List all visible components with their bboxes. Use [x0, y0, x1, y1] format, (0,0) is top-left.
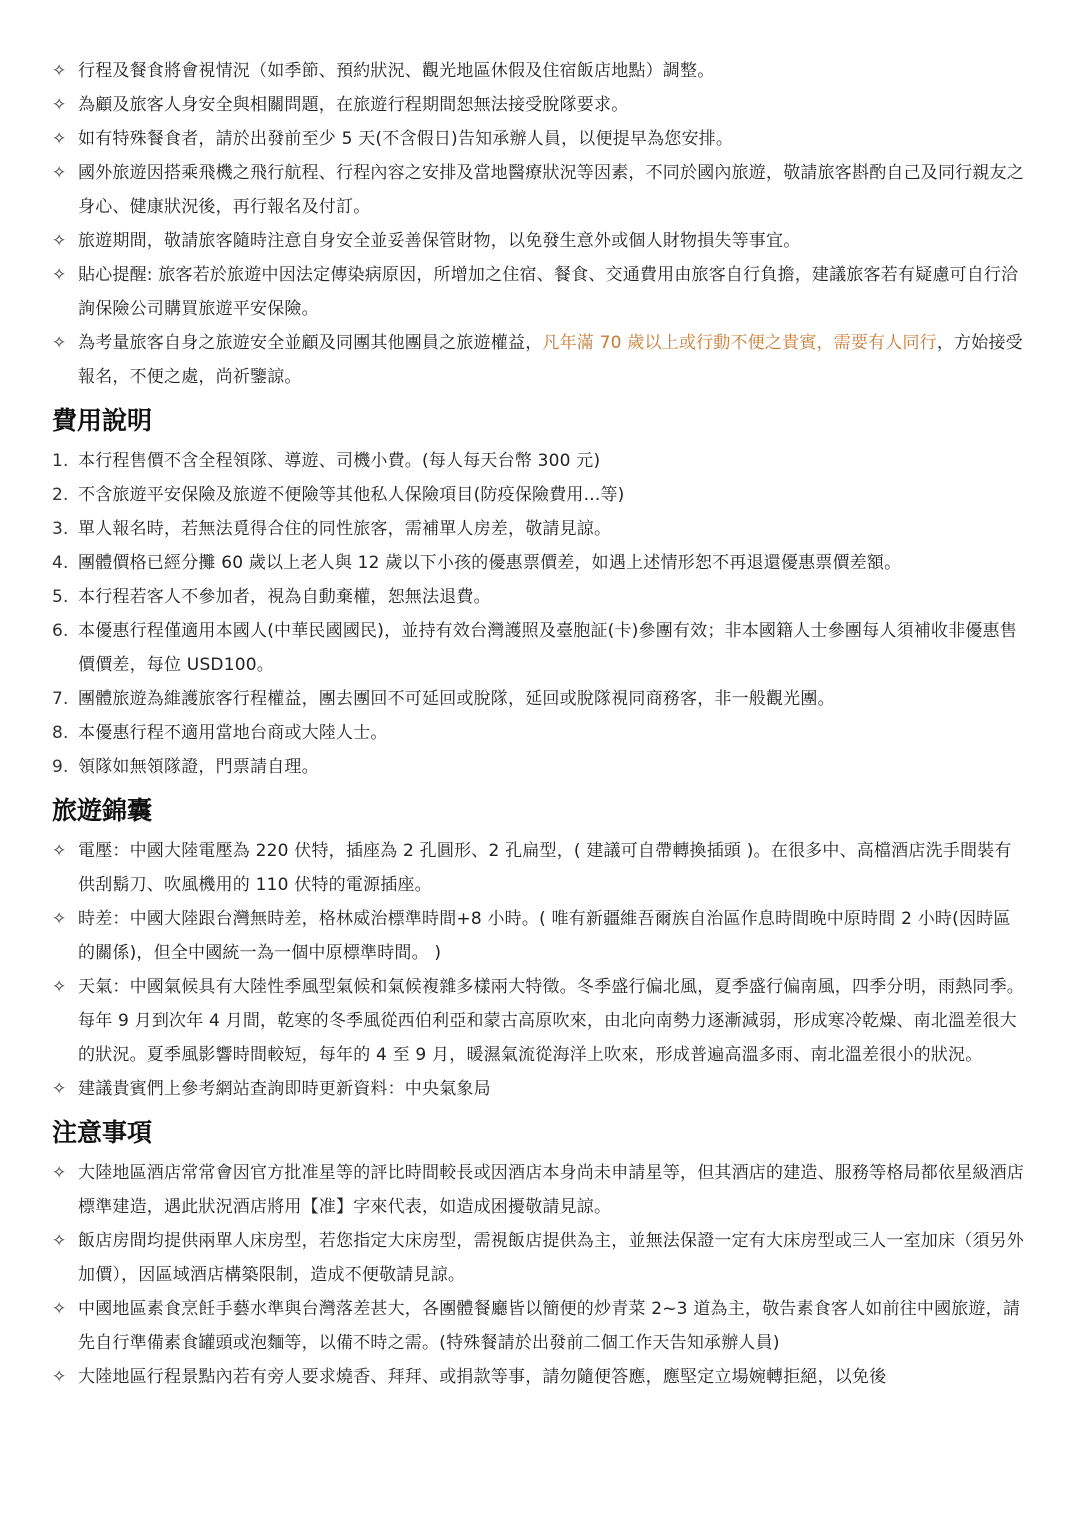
diamond-bullet-icon: ✧: [52, 88, 74, 122]
list-item: ✧如有特殊餐食者，請於出發前至少 5 天(不含假日)告知承辦人員，以便提早為您安…: [52, 122, 1026, 156]
item-number: 2.: [52, 478, 78, 512]
list-item: ✧大陸地區酒店常常會因官方批准星等的評比時間較長或因酒店本身尚未申請星等，但其酒…: [52, 1156, 1026, 1224]
list-item: ✧中國地區素食烹飪手藝水準與台灣落差甚大，各團體餐廳皆以簡便的炒青菜 2~3 道…: [52, 1292, 1026, 1360]
numbered-item-text: 團體旅遊為維護旅客行程權益，團去團回不可延回或脫隊，延回或脫隊視同商務客，非一般…: [78, 689, 835, 709]
list-item-text: 為顧及旅客人身安全與相關問題，在旅遊行程期間恕無法接受脫隊要求。: [78, 95, 628, 115]
list-item-text: 時差：中國大陸跟台灣無時差，格林威治標準時間+8 小時。( 唯有新疆維吾爾族自治…: [78, 909, 1011, 963]
list-item-text: 為考量旅客自身之旅遊安全並顧及同團其他團員之旅遊權益，: [78, 333, 542, 353]
numbered-item-text: 本行程售價不含全程領隊、導遊、司機小費。(每人每天台幣 300 元): [78, 451, 600, 471]
list-item: ✧貼心提醒: 旅客若於旅遊中因法定傳染病原因，所增加之住宿、餐食、交通費用由旅客…: [52, 258, 1026, 326]
list-item-text: 大陸地區酒店常常會因官方批准星等的評比時間較長或因酒店本身尚未申請星等，但其酒店…: [78, 1163, 1024, 1217]
diamond-bullet-icon: ✧: [52, 224, 74, 258]
list-item-text: 如有特殊餐食者，請於出發前至少 5 天(不含假日)告知承辦人員，以便提早為您安排…: [78, 129, 733, 149]
numbered-item-text: 本優惠行程不適用當地台商或大陸人士。: [78, 723, 388, 743]
numbered-item-text: 本行程若客人不參加者，視為自動棄權，恕無法退費。: [78, 587, 491, 607]
numbered-item: 4.團體價格已經分攤 60 歲以上老人與 12 歲以下小孩的優惠票價差，如遇上述…: [52, 546, 1026, 580]
item-number: 3.: [52, 512, 78, 546]
list-item: ✧為顧及旅客人身安全與相關問題，在旅遊行程期間恕無法接受脫隊要求。: [52, 88, 1026, 122]
list-item: ✧電壓：中國大陸電壓為 220 伏特，插座為 2 孔圓形、2 孔扁型，( 建議可…: [52, 834, 1026, 902]
list-item: ✧天氣：中國氣候具有大陸性季風型氣候和氣候複雜多樣兩大特徵。冬季盛行偏北風，夏季…: [52, 970, 1026, 1072]
list-item-text: 飯店房間均提供兩單人床房型，若您指定大床房型，需視飯店提供為主，並無法保證一定有…: [78, 1231, 1024, 1285]
diamond-bullet-icon: ✧: [52, 122, 74, 156]
section-heading-tips: 旅遊錦囊: [52, 794, 1026, 828]
diamond-bullet-icon: ✧: [52, 1072, 74, 1106]
diamond-bullet-icon: ✧: [52, 902, 74, 936]
numbered-item: 9.領隊如無領隊證，門票請自理。: [52, 750, 1026, 784]
highlighted-age-requirement: 凡年滿 70 歲以上或行動不便之貴賓，需要有人同行: [542, 333, 936, 353]
numbered-item: 7.團體旅遊為維護旅客行程權益，團去團回不可延回或脫隊，延回或脫隊視同商務客，非…: [52, 682, 1026, 716]
numbered-item: 5.本行程若客人不參加者，視為自動棄權，恕無法退費。: [52, 580, 1026, 614]
list-item-text: 中國地區素食烹飪手藝水準與台灣落差甚大，各團體餐廳皆以簡便的炒青菜 2~3 道為…: [78, 1299, 1020, 1353]
item-number: 4.: [52, 546, 78, 580]
list-item-text: 建議貴賓們上參考網站查詢即時更新資料：中央氣象局: [78, 1079, 491, 1099]
diamond-bullet-icon: ✧: [52, 1156, 74, 1190]
notes-section: 注意事項 ✧大陸地區酒店常常會因官方批准星等的評比時間較長或因酒店本身尚未申請星…: [52, 1116, 1026, 1394]
numbered-item: 1.本行程售價不含全程領隊、導遊、司機小費。(每人每天台幣 300 元): [52, 444, 1026, 478]
item-number: 9.: [52, 750, 78, 784]
item-number: 8.: [52, 716, 78, 750]
item-number: 1.: [52, 444, 78, 478]
section-heading-notes: 注意事項: [52, 1116, 1026, 1150]
diamond-bullet-icon: ✧: [52, 156, 74, 190]
list-item: ✧旅遊期間，敬請旅客隨時注意自身安全並妥善保管財物，以免發生意外或個人財物損失等…: [52, 224, 1026, 258]
list-item-text: 電壓：中國大陸電壓為 220 伏特，插座為 2 孔圓形、2 孔扁型，( 建議可自…: [78, 841, 1012, 895]
list-item-age-notice: ✧為考量旅客自身之旅遊安全並顧及同團其他團員之旅遊權益，凡年滿 70 歲以上或行…: [52, 326, 1026, 394]
numbered-item-text: 不含旅遊平安保險及旅遊不便險等其他私人保險項目(防疫保險費用...等): [78, 485, 624, 505]
list-item: ✧行程及餐食將會視情況（如季節、預約狀況、觀光地區休假及住宿飯店地點）調整。: [52, 54, 1026, 88]
list-item-text: 國外旅遊因搭乘飛機之飛行航程、行程內容之安排及當地醫療狀況等因素，不同於國內旅遊…: [78, 163, 1024, 217]
numbered-item-text: 團體價格已經分攤 60 歲以上老人與 12 歲以下小孩的優惠票價差，如遇上述情形…: [78, 553, 901, 573]
list-item: ✧時差：中國大陸跟台灣無時差，格林威治標準時間+8 小時。( 唯有新疆維吾爾族自…: [52, 902, 1026, 970]
diamond-bullet-icon: ✧: [52, 1360, 74, 1394]
diamond-bullet-icon: ✧: [52, 970, 74, 1004]
item-number: 5.: [52, 580, 78, 614]
list-item-text: 旅遊期間，敬請旅客隨時注意自身安全並妥善保管財物，以免發生意外或個人財物損失等事…: [78, 231, 800, 251]
list-item: ✧建議貴賓們上參考網站查詢即時更新資料：中央氣象局: [52, 1072, 1026, 1106]
list-item-text: 貼心提醒: 旅客若於旅遊中因法定傳染病原因，所增加之住宿、餐食、交通費用由旅客自…: [78, 265, 1018, 319]
numbered-item: 6.本優惠行程僅適用本國人(中華民國國民)，並持有效台灣護照及臺胞証(卡)參團有…: [52, 614, 1026, 682]
list-item-text: 大陸地區行程景點內若有旁人要求燒香、拜拜、或捐款等事，請勿隨便答應，應堅定立場婉…: [78, 1367, 886, 1387]
numbered-item: 3.單人報名時，若無法覓得合住的同性旅客，需補單人房差，敬請見諒。: [52, 512, 1026, 546]
diamond-bullet-icon: ✧: [52, 258, 74, 292]
item-number: 6.: [52, 614, 78, 648]
tips-section: 旅遊錦囊 ✧電壓：中國大陸電壓為 220 伏特，插座為 2 孔圓形、2 孔扁型，…: [52, 794, 1026, 1106]
item-number: 7.: [52, 682, 78, 716]
document-page: ✧行程及餐食將會視情況（如季節、預約狀況、觀光地區休假及住宿飯店地點）調整。 ✧…: [0, 0, 1076, 1394]
numbered-item-text: 本優惠行程僅適用本國人(中華民國國民)，並持有效台灣護照及臺胞証(卡)參團有效；…: [78, 621, 1017, 675]
list-item: ✧國外旅遊因搭乘飛機之飛行航程、行程內容之安排及當地醫療狀況等因素，不同於國內旅…: [52, 156, 1026, 224]
diamond-bullet-icon: ✧: [52, 834, 74, 868]
numbered-item-text: 單人報名時，若無法覓得合住的同性旅客，需補單人房差，敬請見諒。: [78, 519, 611, 539]
diamond-bullet-icon: ✧: [52, 326, 74, 360]
diamond-bullet-icon: ✧: [52, 1224, 74, 1258]
numbered-item: 2.不含旅遊平安保險及旅遊不便險等其他私人保險項目(防疫保險費用...等): [52, 478, 1026, 512]
numbered-item: 8.本優惠行程不適用當地台商或大陸人士。: [52, 716, 1026, 750]
intro-list: ✧行程及餐食將會視情況（如季節、預約狀況、觀光地區休假及住宿飯店地點）調整。 ✧…: [52, 54, 1026, 394]
diamond-bullet-icon: ✧: [52, 1292, 74, 1326]
list-item: ✧大陸地區行程景點內若有旁人要求燒香、拜拜、或捐款等事，請勿隨便答應，應堅定立場…: [52, 1360, 1026, 1394]
diamond-bullet-icon: ✧: [52, 54, 74, 88]
list-item: ✧飯店房間均提供兩單人床房型，若您指定大床房型，需視飯店提供為主，並無法保證一定…: [52, 1224, 1026, 1292]
numbered-item-text: 領隊如無領隊證，門票請自理。: [78, 757, 319, 777]
list-item-text: 天氣：中國氣候具有大陸性季風型氣候和氣候複雜多樣兩大特徵。冬季盛行偏北風，夏季盛…: [78, 977, 1024, 1065]
fees-section: 費用說明 1.本行程售價不含全程領隊、導遊、司機小費。(每人每天台幣 300 元…: [52, 404, 1026, 784]
section-heading-fees: 費用說明: [52, 404, 1026, 438]
list-item-text: 行程及餐食將會視情況（如季節、預約狀況、觀光地區休假及住宿飯店地點）調整。: [78, 61, 714, 81]
